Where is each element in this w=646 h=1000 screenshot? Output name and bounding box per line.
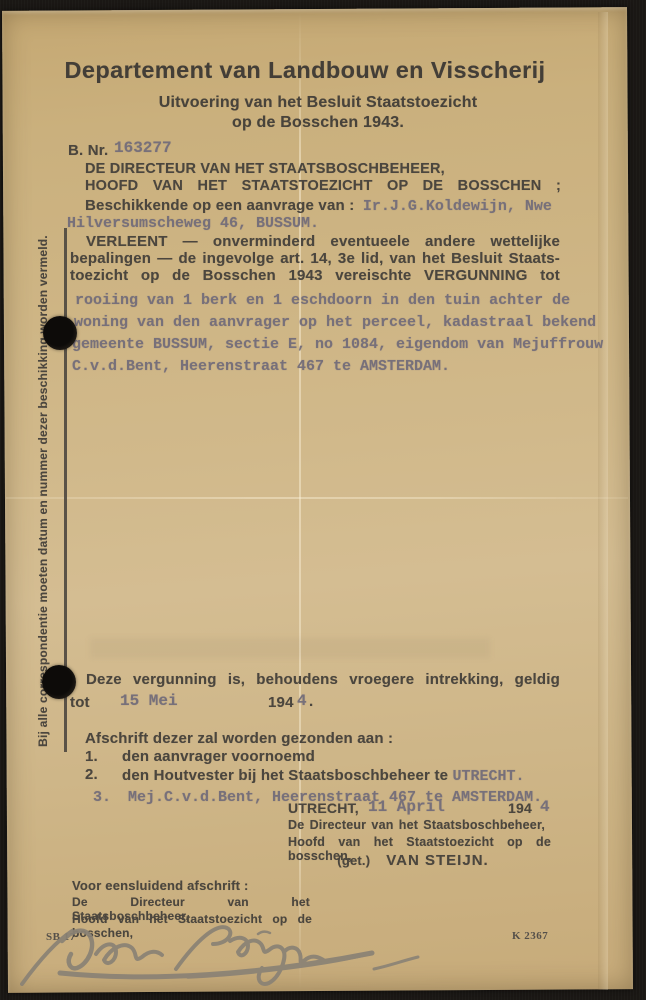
- validity-tot-label: tot: [70, 694, 90, 712]
- ink-showthrough: [90, 638, 490, 658]
- document-subtitle-line1: Uitvoering van het Besluit Staatstoezich…: [58, 93, 578, 113]
- document-content: Departement van Landbouw en Visscherij U…: [0, 0, 646, 1000]
- signing-place: UTRECHT,: [288, 800, 359, 816]
- applicant-typed-line2: Hilversumscheweg 46, BUSSUM.: [67, 213, 319, 235]
- document-subtitle-line2: op de Bosschen 1943.: [58, 113, 578, 133]
- signing-line1: De Directeur van het Staatsboschbeheer,: [288, 818, 545, 832]
- applicant-printed-label: Beschikkende op een aanvrage van :: [85, 197, 354, 214]
- signing-name-line: (get.) VAN STEIJN.: [288, 852, 538, 869]
- validity-year-digit-typed: 4: [297, 692, 307, 710]
- signing-year-printed: 194: [508, 800, 532, 816]
- signing-name: VAN STEIJN.: [386, 852, 488, 869]
- horizontal-fold-crease: [6, 497, 628, 499]
- permission-typed-line1: rooiing van 1 berk en 1 eschdoorn in den…: [75, 290, 570, 312]
- grant-line2: bepalingen — de ingevolge art. 14, 3e li…: [70, 250, 560, 268]
- validity-period: .: [309, 693, 313, 711]
- validity-year-printed: 194: [268, 694, 294, 712]
- copies-item2-number: 2.: [85, 766, 98, 784]
- copies-intro: Afschrift dezer zal worden gezonden aan …: [85, 730, 393, 748]
- certification-line1: Voor eensluidend afschrift :: [72, 878, 249, 893]
- applicant-typed-line1: Ir.J.G.Koldewijn, Nwe: [363, 198, 552, 215]
- copies-item2-typed: UTRECHT.: [453, 768, 525, 785]
- reference-number-typed: 163277: [114, 139, 172, 157]
- grant-line1: VERLEENT — onverminderd eventueele ander…: [70, 233, 560, 251]
- punch-hole-top: [43, 316, 77, 350]
- validity-line1: Deze vergunning is, behoudens vroegere i…: [70, 671, 560, 689]
- scan-background: Departement van Landbouw en Visscherij U…: [0, 0, 646, 1000]
- permission-typed-line4: C.v.d.Bent, Heerenstraat 467 te AMSTERDA…: [72, 356, 450, 378]
- copies-item2-text: den Houtvester bij het Staatsboschbeheer…: [122, 767, 453, 784]
- validity-date-typed: 15 Mei: [120, 692, 178, 710]
- certification-line3: Hoofd van het Staatstoezicht op de bossc…: [72, 912, 312, 940]
- copies-item1-number: 1.: [85, 748, 98, 766]
- reference-number-label: B. Nr.: [68, 142, 108, 160]
- signing-date-typed: 11 April: [368, 798, 445, 816]
- copies-item3-number-typed: 3.: [93, 787, 111, 809]
- copies-item1-text: den aanvrager voornoemd: [122, 748, 315, 766]
- form-code-right: K 2367: [512, 930, 548, 942]
- signing-year-digit-typed: 4: [540, 798, 550, 816]
- copies-item2: den Houtvester bij het Staatsboschbeheer…: [122, 766, 525, 788]
- permission-typed-line3: gemeente BUSSUM, sectie E, no 1084, eige…: [72, 334, 603, 356]
- signing-get-label: (get.): [337, 853, 370, 868]
- document-title: Departement van Landbouw en Visscherij: [25, 57, 585, 84]
- form-code-left: SB 17: [46, 931, 76, 943]
- permission-typed-line2: woning van den aanvrager op het perceel,…: [74, 312, 596, 334]
- right-edge-fold: [598, 12, 608, 990]
- issuer-line1: DE DIRECTEUR VAN HET STAATSBOSCHBEHEER,: [85, 161, 445, 177]
- issuer-line2: HOOFD VAN HET STAATSTOEZICHT OP DE BOSSC…: [85, 178, 561, 194]
- grant-line3: toezicht op de Bosschen 1943 vereischte …: [70, 267, 560, 285]
